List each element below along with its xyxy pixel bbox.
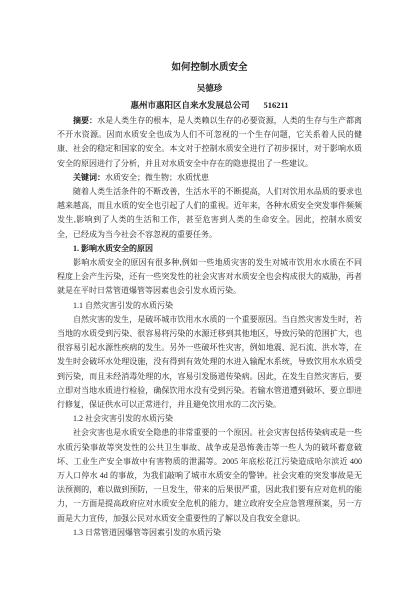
abstract-text: 水是人类生存的根本，是人类赖以生存的必要资源，人类的生存与生产都离不开水资源。因… [57,116,362,168]
page-title: 如何控制水质安全 [57,62,362,74]
section-1-heading: 1. 影响水质安全的原因 [57,242,362,256]
abstract-paragraph: 摘要：水是人类生存的根本，是人类赖以生存的必要资源，人类的生存与生产都离不开水资… [57,114,362,171]
keywords-paragraph: 关键词：水质安全；微生物；水质忧患 [57,171,362,185]
keywords-label: 关键词： [73,173,105,182]
section-1-2: 1.2 社会灾害引发的水质污染 社会灾害也是水质安全隐患的非常重要的一个原因。社… [57,412,362,526]
section-1-1-body: 自然灾害的发生，是破坏城市饮用水水质的一个重要原因。当自然灾害发生时，若当地的水… [57,313,362,412]
keywords-text: 水质安全；微生物；水质忧患 [105,173,209,182]
abstract-label: 摘要： [73,116,97,125]
author-name: 吴德珍 [57,82,362,94]
section-1-1: 1.1 自然灾害引发的水质污染 自然灾害的发生，是破坏城市饮用水水质的一个重要原… [57,299,362,413]
section-1-2-heading: 1.2 社会灾害引发的水质污染 [57,412,362,426]
affiliation-line: 惠州市惠阳区自来水发展总公司516211 [57,99,362,111]
section-1-body: 影响水质安全的原因有很多种,例如一些地质灾害的发生对城市饮用水水质在不同程度上会… [57,256,362,299]
postcode: 516211 [263,100,288,110]
section-1-3-heading: 1.3 日常管道因爆管等因素引发的水质污染 [57,526,362,540]
intro-paragraph: 随着人类生活条件的不断改善，生活水平的不断提高，人们对饮用水品质的要求也越来越高… [57,185,362,242]
affiliation-text: 惠州市惠阳区自来水发展总公司 [130,100,249,110]
section-1-1-heading: 1.1 自然灾害引发的水质污染 [57,299,362,313]
section-1-2-body: 社会灾害也是水质安全隐患的非常重要的一个原因。社会灾害包括传染病或是一些水质污染… [57,426,362,525]
section-1-3: 1.3 日常管道因爆管等因素引发的水质污染 [57,526,362,540]
section-1: 1. 影响水质安全的原因 影响水质安全的原因有很多种,例如一些地质灾害的发生对城… [57,242,362,299]
document-page: 如何控制水质安全 吴德珍 惠州市惠阳区自来水发展总公司516211 摘要：水是人… [0,0,417,590]
